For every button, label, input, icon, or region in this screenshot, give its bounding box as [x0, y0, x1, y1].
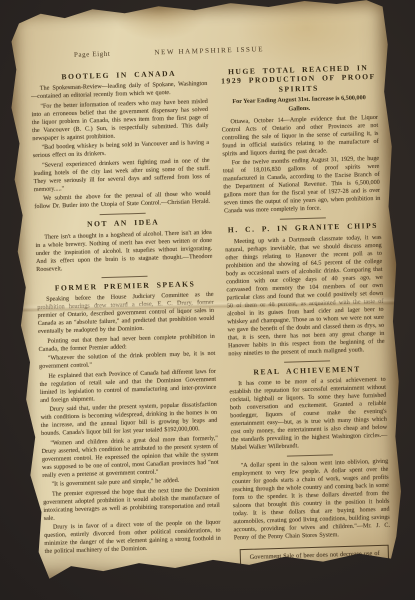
- page-header: Page Eight NEW HAMPSHIRE ISSUE: [30, 42, 375, 62]
- article-paragraph: Ottawa, October 14—Ample evidence that t…: [221, 113, 379, 158]
- right-column: HUGE TOTAL REACHED IN 1929 PRODUCTION OF…: [220, 59, 392, 577]
- article-paragraph: "Women and children drink a great deal m…: [41, 435, 219, 480]
- section-divider: [284, 360, 330, 362]
- newspaper-page: Page Eight NEW HAMPSHIRE ISSUE BOOTLEG I…: [6, 0, 406, 588]
- article-subheading: For Year Ending August 31st. Increase is…: [225, 94, 374, 115]
- section-divider: [102, 276, 148, 278]
- left-column: BOOTLEG IN CANADA The Spokesman-Review—l…: [30, 64, 222, 583]
- article-paragraph: "A dollar spent in the saloon went into …: [232, 458, 391, 543]
- columns: BOOTLEG IN CANADA The Spokesman-Review—l…: [30, 59, 391, 583]
- article-heading-huge-total: HUGE TOTAL REACHED IN 1929 PRODUCTION OF…: [220, 63, 377, 96]
- article-paragraph: "Several experienced drinkers went fight…: [33, 157, 210, 194]
- article-paragraph: We submit the above for the perusal of a…: [34, 190, 211, 211]
- article-paragraph: There isn't a thought in a hogshead of a…: [35, 229, 213, 274]
- article-paragraph: He explained that each Province of Canad…: [39, 368, 216, 405]
- article-paragraph: Speaking before the House Judiciary Comm…: [37, 291, 215, 336]
- article-paragraph: It has come to be more of a social achie…: [229, 376, 388, 453]
- article-paragraph: The premier expressed the hope that the …: [43, 486, 220, 523]
- article-heading-real-achievement: REAL ACHIEVEMENT: [229, 363, 386, 377]
- boxed-note: Government Sale of beer does not decreas…: [240, 545, 389, 577]
- article-paragraph: Drury is in favor of a direct vote of th…: [44, 519, 221, 556]
- article-paragraph: Meeting up with a Dartmouth classmate to…: [225, 233, 385, 358]
- article-paragraph: For the twelve months ending August 31, …: [223, 155, 381, 216]
- section-divider: [100, 213, 146, 215]
- page-number: Page Eight: [74, 50, 111, 59]
- section-divider: [280, 218, 326, 220]
- boxed-note-text: Government Sale of beer does not decreas…: [249, 550, 380, 571]
- issue-title: NEW HAMPSHIRE ISSUE: [154, 45, 264, 56]
- article-paragraph: Drury said that, under the present syste…: [40, 401, 217, 438]
- article-heading-granite-chips: H. C. P. IN GRANITE CHIPS: [225, 221, 382, 235]
- article-paragraph: "For the better information of readers w…: [31, 98, 209, 143]
- section-divider: [287, 454, 333, 456]
